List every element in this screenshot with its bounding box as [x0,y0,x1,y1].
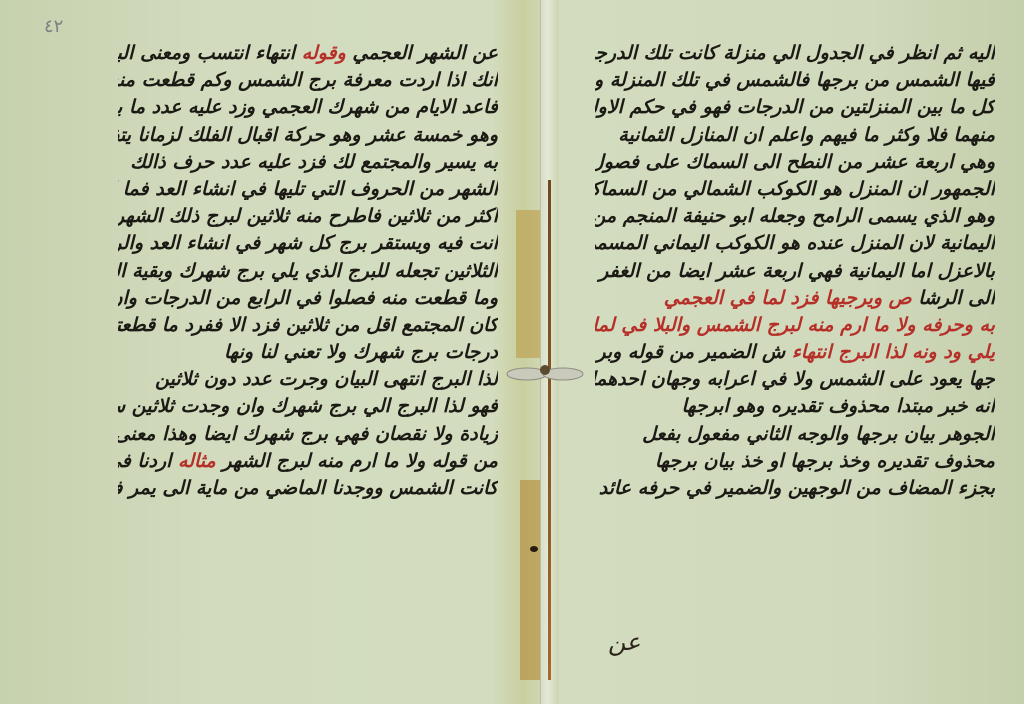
text-line: الجوهر بيان برجها والوجه الثاني مفعول بف… [595,421,995,448]
text-line: الى الرشا ص ويرجيها فزد لما في العجمي [595,285,995,312]
text-line: اليه ثم انظر في الجدول الي منزلة كانت تل… [595,40,995,67]
line-text: جها يعود على الشمس ولا في اعرابه وجهان ا… [595,368,995,390]
line-text: بجزء المضاف من الوجهين والضمير في حرفه ع… [599,477,995,499]
line-text: وهو الذي يسمى الرامح وجعله ابو حنيفة الم… [595,205,995,227]
text-line: درجات برج شهرك ولا تعني لنا ونها [118,339,498,366]
line-text: الجوهر بيان برجها والوجه الثاني مفعول بف… [642,423,995,445]
text-line: فهو لذا البرج الي برج شهرك وان وجدت ثلاث… [118,393,498,420]
text-line: يلي ود ونه لذا البرج انتهاء ش الضمير من … [595,339,995,366]
line-text: درجات برج شهرك ولا تعني لنا ونها [224,341,498,363]
line-text: وهي اربعة عشر من النطح الى السماك على فص… [595,151,995,173]
line-text: من قوله ولا ما ارم منه لبرج الشهر [216,450,498,472]
line-text: كان المجتمع اقل من ثلاثين فزد الا ففرد م… [118,314,498,336]
text-line: كان المجتمع اقل من ثلاثين فزد الا ففرد م… [118,312,498,339]
rubric-text: وقوله [302,42,346,64]
manuscript-spread: ٤٢ عن الشهر العجمي وقوله انتهاء انتسب وم… [0,0,1024,704]
text-line: لذا البرج انتهى البيان وجرت عدد دون ثلاث… [118,366,498,393]
line-text: اردنا في اي برج [118,450,178,472]
line-text: محذوف تقديره وخذ برجها او خذ بيان برجها [655,450,995,472]
line-text: لذا البرج انتهى البيان وجرت عدد دون ثلاث… [155,368,498,390]
text-line: انت فيه ويستقر برج كل شهر في انشاء العد … [118,230,498,257]
line-text: الثلاثين تجعله للبرج الذي يلي برج شهرك و… [118,260,498,282]
line-text: الشهر من الحروف التي تليها في انشاء العد… [118,178,498,200]
text-line: الجمهور ان المنزل هو الكوكب الشمالي من ا… [595,176,995,203]
line-text: ش الضمير من قوله وبر [596,341,791,363]
spine-binding [548,180,551,680]
text-line: كل ما بين المنزلتين من الدرجات فهو في حك… [595,94,995,121]
rubric-text: يلي ود ونه [905,341,995,363]
line-text: فيها الشمس من برجها فالشمس في تلك المنزل… [595,69,995,91]
text-line: بجزء المضاف من الوجهين والضمير في حرفه ع… [595,475,995,502]
left-page: ٤٢ عن الشهر العجمي وقوله انتهاء انتسب وم… [0,0,510,704]
line-text: كانت الشمس ووجدنا الماضي من ماية الى يمر… [118,477,498,499]
line-text: انه خبر مبتدا محذوف تقديره وهو ابرجها [681,395,995,417]
line-text: زيادة ولا نقصان فهي برج شهرك ايضا وهذا م… [118,423,498,445]
text-line: به يسير والمجتمع لك فزد عليه عدد حرف ذال… [118,149,498,176]
text-line: انك اذا اردت معرفة برج الشمس وكم قطعت من… [118,67,498,94]
text-line: كانت الشمس ووجدنا الماضي من ماية الى يمر… [118,475,498,502]
text-line: عن الشهر العجمي وقوله انتهاء انتسب ومعنى… [118,40,498,67]
line-text: انت فيه ويستقر برج كل شهر في انشاء العد … [118,232,498,254]
left-page-text: عن الشهر العجمي وقوله انتهاء انتسب ومعنى… [118,40,498,502]
line-text: به يسير والمجتمع لك فزد عليه عدد حرف ذال… [130,151,498,173]
line-text: وهو خمسة عشر وهو حركة اقبال الفلك لزمانا… [118,124,498,146]
text-line: من قوله ولا ما ارم منه لبرج الشهر مثاله … [118,448,498,475]
text-line: اكثر من ثلاثين فاطرح منه ثلاثين لبرج ذلك… [118,203,498,230]
rubric-text: مثاله [178,450,216,472]
text-line: جها يعود على الشمس ولا في اعرابه وجهان ا… [595,366,995,393]
right-page: اليه ثم انظر في الجدول الي منزلة كانت تل… [555,0,1024,704]
text-line: زيادة ولا نقصان فهي برج شهرك ايضا وهذا م… [118,421,498,448]
line-text: فهو لذا البرج الي برج شهرك وان وجدت ثلاث… [118,395,498,417]
line-text: اكثر من ثلاثين فاطرح منه ثلاثين لبرج ذلك… [118,205,498,227]
text-line: به وحرفه ولا ما ارم منه لبرج الشمس والبل… [595,312,995,339]
text-line: بالاعزل اما اليمانية فهي اربعة عشر ايضا … [595,258,995,285]
line-text: منهما فلا وكثر ما فيهم واعلم ان المنازل … [618,124,995,146]
text-line: الثلاثين تجعله للبرج الذي يلي برج شهرك و… [118,258,498,285]
text-line: الشهر من الحروف التي تليها في انشاء العد… [118,176,498,203]
text-line: وما قطعت منه فصلوا في الرابع من الدرجات … [118,285,498,312]
line-text: عن الشهر العجمي [346,42,498,64]
catchword: عن [608,628,641,656]
right-page-text: اليه ثم انظر في الجدول الي منزلة كانت تل… [595,40,995,502]
text-line: منهما فلا وكثر ما فيهم واعلم ان المنازل … [595,122,995,149]
rubric-text: به وحرفه ولا ما ارم منه لبرج الشمس والبل… [595,314,995,336]
line-text: الى الرشا [912,287,995,309]
text-line: وهي اربعة عشر من النطح الى السماك على فص… [595,149,995,176]
line-text: اليمانية لان المنزل عنده هو الكوكب اليما… [595,232,995,254]
folio-number: ٤٢ [44,16,63,37]
line-text: انتهاء انتسب ومعنى البيتين [118,42,302,64]
text-line: اليمانية لان المنزل عنده هو الكوكب اليما… [595,230,995,257]
text-line: وهو خمسة عشر وهو حركة اقبال الفلك لزمانا… [118,122,498,149]
line-text: وما قطعت منه فصلوا في الرابع من الدرجات … [118,287,498,309]
line-text: اليه ثم انظر في الجدول الي منزلة كانت تل… [595,42,995,64]
rubric-text: ص ويرجيها فزد لما في العجمي [664,287,912,309]
line-text: بالاعزل اما اليمانية فهي اربعة عشر ايضا … [599,260,995,282]
rubric-text: لذا البرج انتهاء [792,341,906,363]
line-text: انك اذا اردت معرفة برج الشمس وكم قطعت من… [118,69,498,91]
text-line: محذوف تقديره وخذ برجها او خذ بيان برجها [595,448,995,475]
ink-blot [530,546,538,552]
text-line: انه خبر مبتدا محذوف تقديره وهو ابرجها [595,393,995,420]
text-line: وهو الذي يسمى الرامح وجعله ابو حنيفة الم… [595,203,995,230]
text-line: فيها الشمس من برجها فالشمس في تلك المنزل… [595,67,995,94]
line-text: كل ما بين المنزلتين من الدرجات فهو في حك… [595,96,995,118]
line-text: الجمهور ان المنزل هو الكوكب الشمالي من ا… [595,178,995,200]
line-text: فاعد الايام من شهرك العجمي وزد عليه عدد … [118,96,498,118]
text-line: فاعد الايام من شهرك العجمي وزد عليه عدد … [118,94,498,121]
